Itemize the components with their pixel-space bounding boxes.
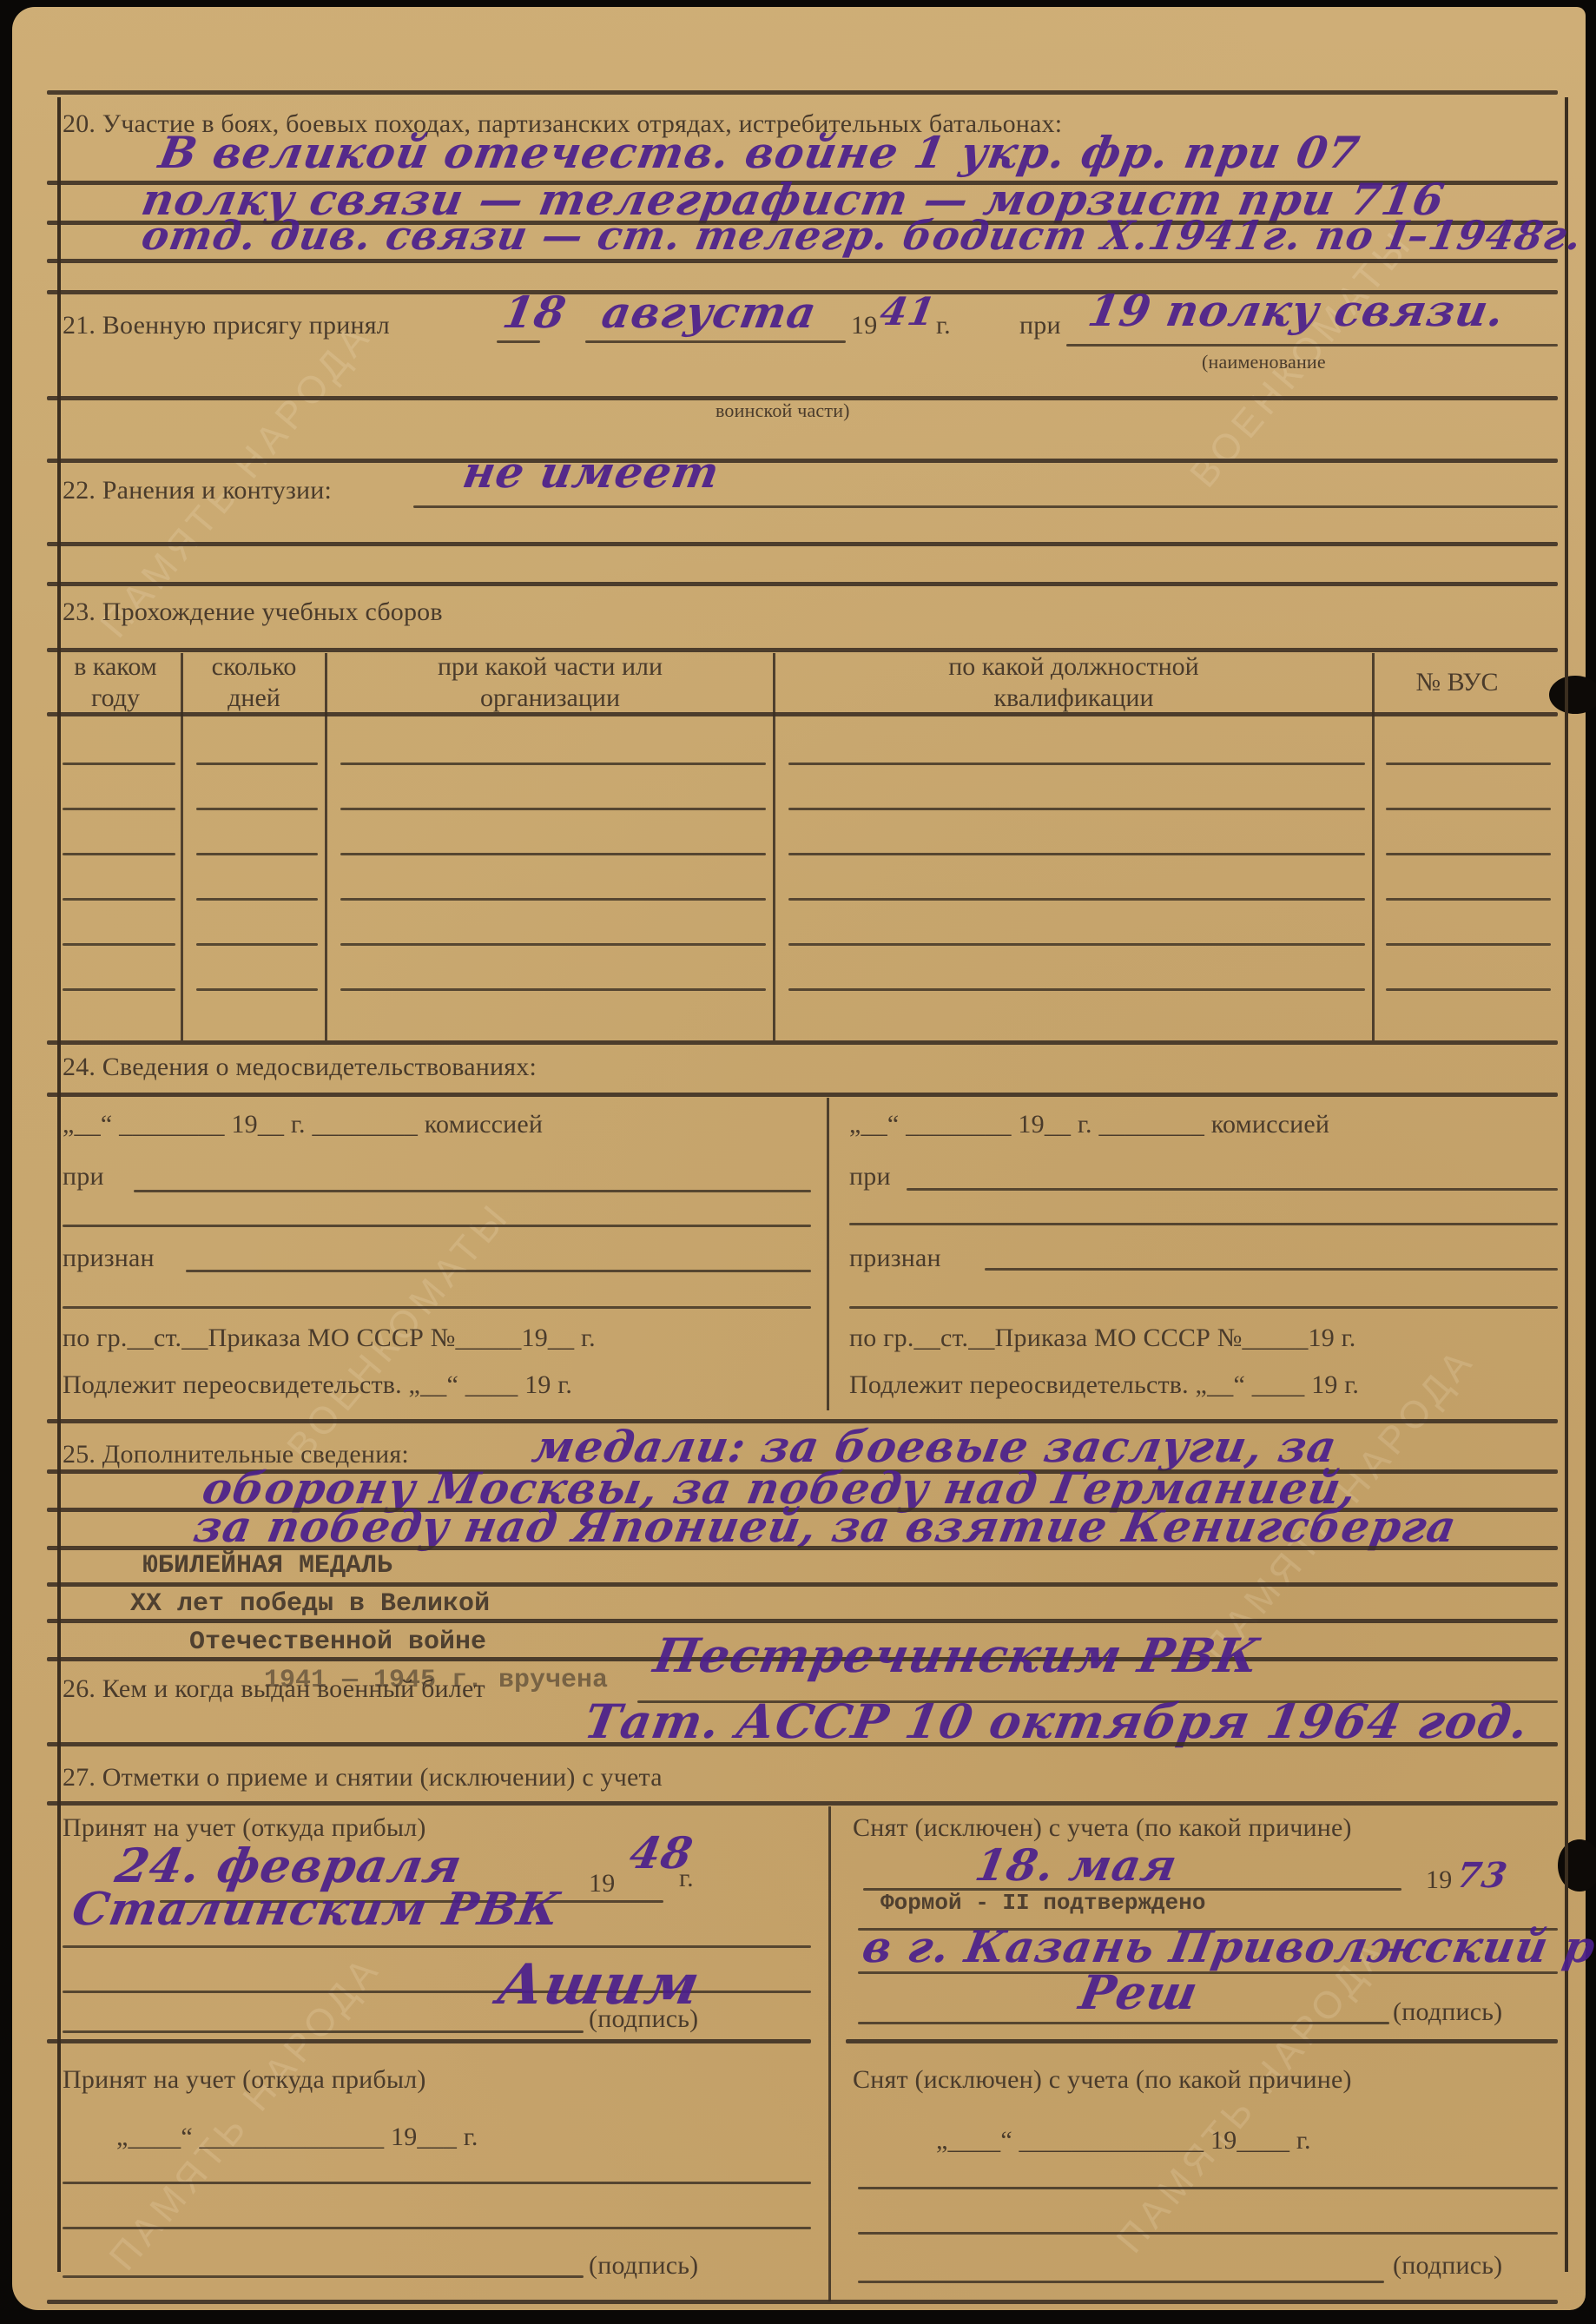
remove-1-year-prefix: 19 bbox=[1426, 1865, 1452, 1895]
table-row-line bbox=[1386, 943, 1551, 946]
field-line bbox=[63, 1306, 811, 1309]
table-row-line bbox=[63, 898, 175, 901]
table-row-line bbox=[340, 943, 766, 946]
col-header-vus: № ВУС bbox=[1375, 667, 1540, 698]
table-row-line bbox=[196, 988, 318, 991]
remove-1-year-suffix: 73 bbox=[1454, 1855, 1511, 1896]
accept-1-year-prefix: 19 bbox=[589, 1869, 615, 1898]
rule bbox=[47, 2039, 811, 2043]
col-header-line: в каком bbox=[50, 651, 181, 683]
issued-by-line-2: Тат. АССР 10 октября 1964 год. bbox=[580, 1693, 1533, 1749]
section-23-label: 23. Прохождение учебных сборов bbox=[63, 598, 443, 627]
col-header-unit: при какой части или организации bbox=[327, 651, 773, 714]
jubilee-stamp-line-1: ЮБИЛЕЙНАЯ МЕДАЛЬ bbox=[142, 1551, 392, 1581]
medical-left-pri: при bbox=[63, 1162, 104, 1192]
table-row-line bbox=[788, 898, 1365, 901]
remove-2-label: Снят (исключен) с учета (по какой причин… bbox=[853, 2065, 1352, 2095]
table-row-line bbox=[63, 808, 175, 810]
unit-caption-2: воинской части) bbox=[716, 399, 850, 422]
field-line bbox=[63, 1225, 811, 1227]
table-row-line bbox=[1386, 763, 1551, 765]
section-24-label: 24. Сведения о медосвидетельствованиях: bbox=[63, 1053, 537, 1082]
jubilee-stamp-line-3: Отечественной войне bbox=[189, 1627, 486, 1657]
table-row-line bbox=[340, 853, 766, 855]
table-row-line bbox=[340, 808, 766, 810]
table-row-line bbox=[196, 898, 318, 901]
accept-1-from: Сталинским РВК bbox=[69, 1883, 564, 1936]
col-header-line: году bbox=[50, 683, 181, 714]
oath-at-label: при bbox=[1019, 311, 1061, 340]
rule bbox=[47, 459, 1558, 463]
section-20-line-3: отд. див. связи — ст. телегр. бодист Х.1… bbox=[138, 212, 1586, 259]
jubilee-stamp-line-2: XX лет победы в Великой bbox=[130, 1589, 490, 1619]
col-header-qualification: по какой должностной квалификации bbox=[775, 651, 1372, 714]
table-row-line bbox=[63, 763, 175, 765]
field-line bbox=[858, 2187, 1558, 2189]
signature-line bbox=[858, 2281, 1384, 2283]
remove-1-label: Снят (исключен) с учета (по какой причин… bbox=[853, 1813, 1352, 1843]
medical-left-date: „__“ ________ 19__ г. ________ комиссией bbox=[63, 1110, 543, 1139]
awards-line-3: за победу над Японией, за взятие Кенигсб… bbox=[190, 1501, 1461, 1552]
accept-1-sign-label: (подпись) bbox=[589, 2004, 698, 2034]
table-row-line bbox=[788, 943, 1365, 946]
field-line bbox=[858, 1971, 1558, 1974]
col-header-line: сколько bbox=[183, 651, 325, 683]
table-row-line bbox=[63, 943, 175, 946]
rule bbox=[47, 582, 1558, 586]
table-row-line bbox=[340, 898, 766, 901]
medical-right-order: по гр.__ст.__Приказа МО СССР №_____19 г. bbox=[849, 1324, 1355, 1353]
remove-2-sign-label: (подпись) bbox=[1393, 2251, 1502, 2281]
accept-2-label: Принят на учет (откуда прибыл) bbox=[63, 2065, 426, 2095]
signature-line bbox=[63, 2275, 584, 2278]
field-line bbox=[63, 2227, 811, 2229]
issued-by-line-1: Пестречинским РВК bbox=[650, 1627, 1263, 1683]
col-header-line: дней bbox=[183, 683, 325, 714]
table-row-line bbox=[340, 763, 766, 765]
oath-unit: 19 полку связи. bbox=[1085, 285, 1509, 336]
col-header-year: в каком году bbox=[50, 651, 181, 714]
medical-right-date: „__“ ________ 19__ г. ________ комиссией bbox=[849, 1110, 1329, 1139]
table-row-line bbox=[1386, 808, 1551, 810]
oath-day: 18 bbox=[499, 287, 570, 338]
table-row-line bbox=[788, 853, 1365, 855]
day-line bbox=[497, 340, 540, 343]
table-row-line bbox=[788, 808, 1365, 810]
injuries-line bbox=[413, 505, 1558, 508]
section-21-label: 21. Военную присягу принял bbox=[63, 311, 390, 340]
col-divider bbox=[828, 1806, 831, 2301]
field-line bbox=[849, 1223, 1558, 1225]
col-header-line: № ВУС bbox=[1375, 667, 1540, 698]
rule bbox=[47, 542, 1558, 546]
medical-left-recheck: Подлежит переосвидетельств. „__“ ____ 19… bbox=[63, 1370, 572, 1400]
signature-line bbox=[63, 2030, 584, 2033]
remove-1-reason: в г. Казань Приволжский р-н bbox=[859, 1921, 1596, 1972]
field-line bbox=[63, 2182, 811, 2184]
table-row-line bbox=[1386, 853, 1551, 855]
oath-month: августа bbox=[598, 287, 821, 338]
table-row-line bbox=[340, 988, 766, 991]
col-header-days: сколько дней bbox=[183, 651, 325, 714]
rule bbox=[47, 1582, 1558, 1587]
medical-right-priznan: признан bbox=[849, 1244, 941, 1273]
table-row-line bbox=[63, 853, 175, 855]
unit-caption: (наименование bbox=[1202, 351, 1326, 373]
oath-year-end: г. bbox=[936, 311, 951, 340]
military-id-page: ПАМЯТЬ НАРОДА ВОЕНКОМАТЫ ВОЕНКОМАТЫ ПАМЯ… bbox=[12, 7, 1586, 2310]
field-line bbox=[849, 1306, 1558, 1309]
medical-left-priznan: признан bbox=[63, 1244, 155, 1273]
remove-1-sign-label: (подпись) bbox=[1393, 1997, 1502, 2027]
bottom-rule bbox=[47, 2300, 1558, 2304]
medical-left-order: по гр.__ст.__Приказа МО СССР №_____19__ … bbox=[63, 1324, 596, 1353]
table-row-line bbox=[196, 763, 318, 765]
accept-1-year-end: г. bbox=[679, 1864, 694, 1893]
table-row-line bbox=[788, 763, 1365, 765]
remove-1-stamp: Формой - II подтверждено bbox=[880, 1890, 1205, 1916]
field-line bbox=[63, 1991, 811, 1993]
rule bbox=[47, 1619, 1558, 1623]
month-line bbox=[585, 340, 846, 343]
rule bbox=[47, 1546, 1558, 1550]
rule bbox=[47, 90, 1558, 95]
jubilee-stamp-line-4: 1941 — 1945 г. вручена bbox=[264, 1666, 608, 1695]
table-row-line bbox=[1386, 898, 1551, 901]
table-row-line bbox=[196, 808, 318, 810]
unit-line bbox=[1066, 344, 1558, 347]
rule bbox=[47, 259, 1558, 263]
col-header-line: по какой должностной bbox=[775, 651, 1372, 683]
table-row-line bbox=[788, 988, 1365, 991]
section-27-label: 27. Отметки о приеме и снятии (исключени… bbox=[63, 1763, 663, 1793]
col-divider bbox=[1372, 653, 1375, 1040]
medical-right-pri: при bbox=[849, 1162, 891, 1192]
accept-2-date: „____“ ______________ 19___ г. bbox=[116, 2123, 478, 2152]
table-row-line bbox=[196, 853, 318, 855]
oath-year-suffix: 41 bbox=[877, 290, 940, 334]
oath-year-prefix: 19 bbox=[851, 311, 877, 340]
field-line bbox=[63, 1945, 811, 1948]
remove-2-date: „____“ ______________ 19____ г. bbox=[936, 2126, 1311, 2156]
table-row-line bbox=[1386, 988, 1551, 991]
field-line bbox=[907, 1188, 1558, 1191]
col-header-line: при какой части или bbox=[327, 651, 773, 683]
field-line bbox=[134, 1190, 811, 1192]
signature-line bbox=[858, 2022, 1389, 2024]
field-line bbox=[858, 2232, 1558, 2235]
rule bbox=[47, 1093, 1558, 1097]
field-line bbox=[186, 1270, 811, 1272]
field-line bbox=[985, 1268, 1558, 1271]
table-bottom-rule bbox=[47, 1040, 1558, 1045]
col-header-line: квалификации bbox=[775, 683, 1372, 714]
table-row-line bbox=[196, 943, 318, 946]
injuries-value: не имеет bbox=[459, 446, 723, 498]
rule bbox=[846, 2039, 1558, 2043]
rule bbox=[47, 1801, 1558, 1806]
remove-1-date: 18. мая bbox=[972, 1839, 1182, 1891]
accept-2-sign-label: (подпись) bbox=[589, 2251, 698, 2281]
section-20-line-1: В великой отечеств. войне 1 укр. фр. при… bbox=[155, 127, 1364, 178]
remove-1-signature: Реш bbox=[1075, 1964, 1202, 2020]
section-22-label: 22. Ранения и контузии: bbox=[63, 476, 332, 505]
col-header-line: организации bbox=[327, 683, 773, 714]
medical-right-recheck: Подлежит переосвидетельств. „__“ ____ 19… bbox=[849, 1370, 1359, 1400]
rule bbox=[47, 1742, 1558, 1746]
col-divider bbox=[827, 1098, 829, 1410]
table-row-line bbox=[63, 988, 175, 991]
